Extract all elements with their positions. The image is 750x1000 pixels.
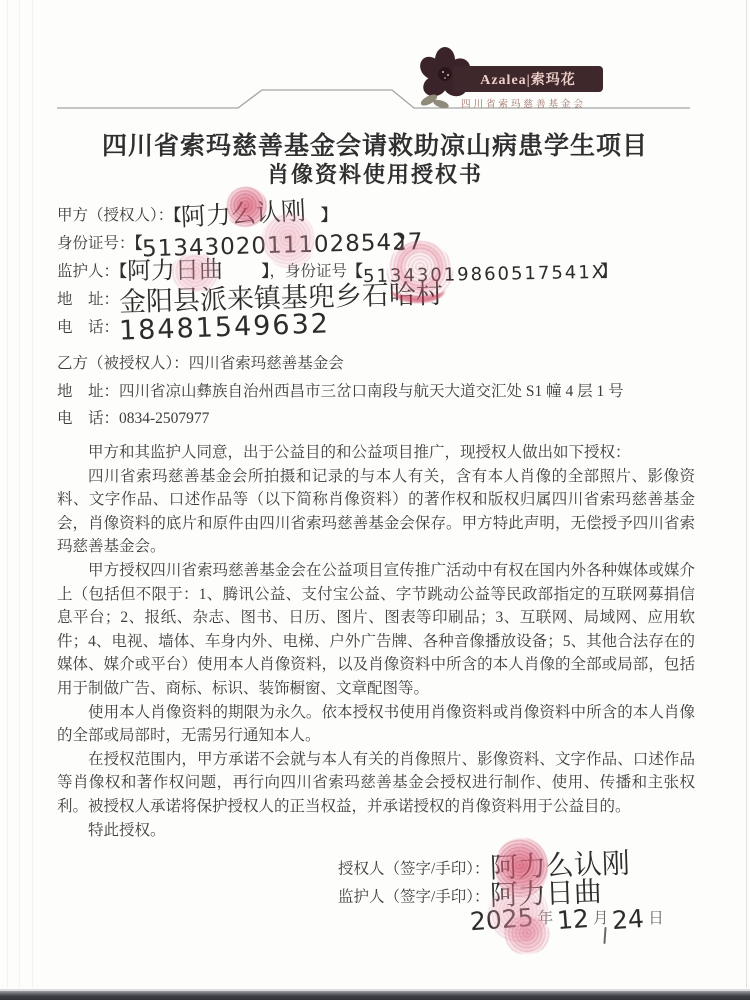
day-character: 日 [648, 910, 664, 927]
stray-ink-mark [603, 927, 606, 944]
party-a-id-line: 身份证号：【513430201110285427】 [57, 231, 413, 256]
party-a-phone-line: 电 话：18481549632 [57, 315, 330, 342]
logo-banner: Azalea|索玛花 [453, 66, 603, 92]
date-line: 2025年12月24日 [470, 906, 668, 932]
bracket-open: 【 [119, 263, 127, 280]
phone-label: 电 话： [57, 319, 119, 336]
handwritten-month: 12 [556, 906, 589, 933]
guardian-id-label: ，身份证号 [270, 263, 348, 280]
party-b-phone-line: 电 话：0834-2507977 [57, 406, 209, 428]
handwritten-year: 2025 [469, 905, 534, 934]
paragraph-1: 甲方和其监护人同意，出于公益目的和公益项目推广，现授权人做出如下授权： [57, 441, 695, 465]
foundation-logo: Azalea|索玛花 四川省索玛慈善基金会 [415, 46, 610, 112]
party-b-phone: 0834-2507977 [119, 410, 209, 427]
paragraph-4: 使用本人肖像资料的期限为永久。依本授权书使用肖像资料或肖像资料中所含的本人肖像的… [57, 701, 695, 748]
handwritten-party-a-name: 阿力么认刚 [180, 197, 321, 229]
address-label: 地 址： [57, 383, 119, 400]
guardian-signature-label: 监护人（签字/手印）： [338, 889, 490, 906]
phone-label: 电 话： [57, 410, 119, 427]
party-b-address-line: 地 址：四川省凉山彝族自治州西昌市三岔口南段与航天大道交汇处 S1 幢 4 层 … [57, 379, 624, 401]
paragraph-5: 在授权范围内，甲方承诺不会就与本人有关的肖像照片、影像资料、文字作品、口述作品等… [57, 748, 695, 819]
party-b-address: 四川省凉山彝族自治州西昌市三岔口南段与航天大道交汇处 S1 幢 4 层 1 号 [119, 383, 624, 400]
party-a-address-line: 地 址：金阳县派来镇基兜乡石哈村 [57, 287, 443, 314]
party-b-line: 乙方（被授权人）：四川省索玛慈善基金会 [57, 351, 344, 373]
bracket-open: 【 [347, 263, 363, 280]
header-divider-line [0, 0, 750, 130]
scan-border-bottom [0, 991, 750, 1000]
bracket-close: 】 [321, 207, 337, 224]
document-title-line2: 肖像资料使用授权书 [0, 158, 750, 189]
bracket-close: 】 [262, 263, 270, 280]
logo-org-name: 四川省索玛慈善基金会 [461, 96, 586, 110]
document-title-line1: 四川省索玛慈善基金会请救助凉山病患学生项目 [0, 126, 750, 162]
paragraph-6: 特此授权。 [57, 819, 695, 843]
party-a-label: 甲方（授权人）： [57, 207, 173, 224]
paragraph-3: 甲方授权四川省索玛慈善基金会在公益项目宣传推广活动中有权在国内外各种媒体或媒介上… [57, 559, 695, 701]
year-character: 年 [538, 910, 554, 927]
month-character: 月 [593, 910, 609, 927]
paragraph-2: 四川省索玛慈善基金会所拍摄和记录的与本人有关，含有本人肖像的全部照片、影像资料、… [57, 465, 695, 559]
scanned-authorization-document: Azalea|索玛花 四川省索玛慈善基金会 四川省索玛慈善基金会请救助凉山病患学… [0, 0, 750, 1000]
agreement-body: 甲方和其监护人同意，出于公益目的和公益项目推广，现授权人做出如下授权： 四川省索… [57, 441, 695, 842]
handwritten-day: 24 [612, 906, 645, 933]
party-a-name-line: 甲方（授权人）：【阿力么认刚】 [57, 203, 337, 229]
address-label: 地 址： [57, 291, 119, 308]
handwritten-phone: 18481549632 [119, 310, 331, 344]
handwritten-guardian-name: 阿力日曲 [127, 257, 262, 283]
id-label: 身份证号： [57, 235, 135, 252]
guardian-label: 监护人： [57, 263, 119, 280]
authorizer-signature-label: 授权人（签字/手印）： [338, 861, 490, 878]
logo-brand-text: Azalea|索玛花 [480, 69, 576, 89]
